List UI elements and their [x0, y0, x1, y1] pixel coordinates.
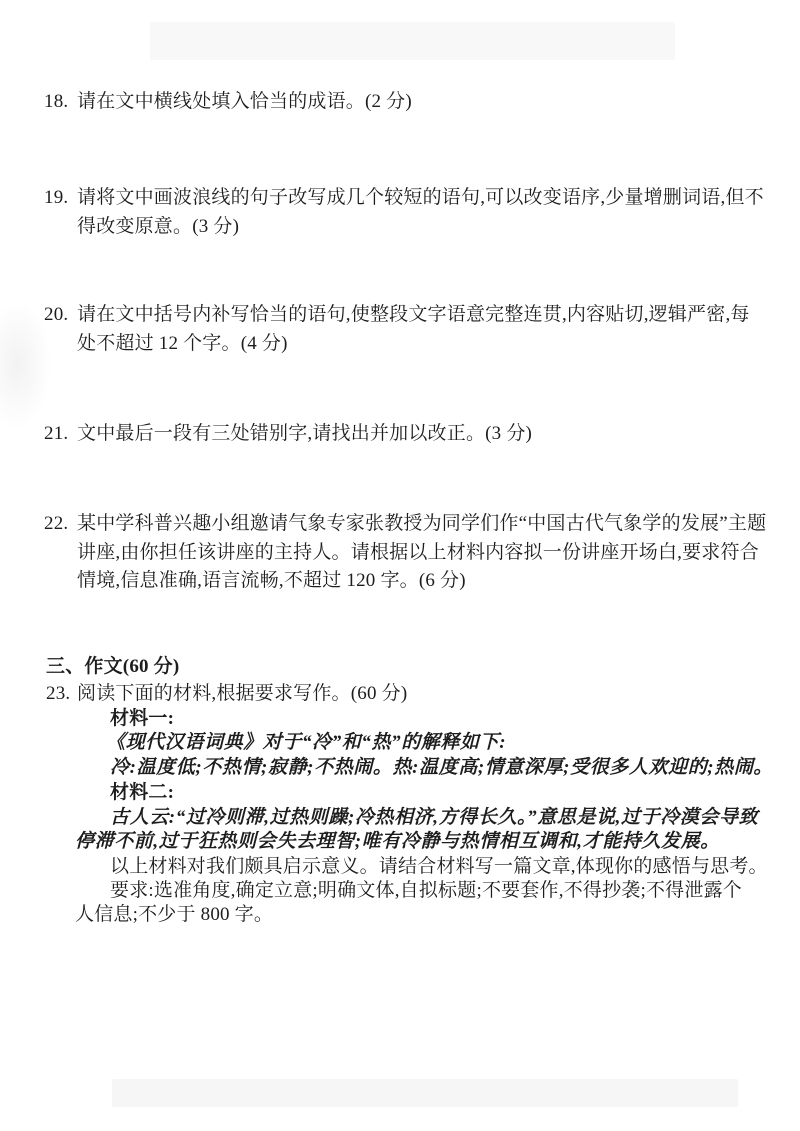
essay-section-heading: 三、作文(60 分) — [46, 655, 179, 679]
question-22: 22. 某中学科普兴趣小组邀请气象专家张教授为同学们作“中国古代气象学的发展”主… — [44, 512, 766, 536]
material-one-line-2: 冷:温度低;不热情;寂静;不热闹。热:温度高;情意深厚;受很多人欢迎的;热闹。 — [110, 756, 773, 780]
question-22-text-line-2: 讲座,由你担任该讲座的主持人。请根据以上材料内容拟一份讲座开场白,要求符合 — [77, 541, 759, 565]
question-22-text-line-3: 情境,信息准确,语言流畅,不超过 120 字。(6 分) — [77, 569, 466, 593]
question-23-prompt: 阅读下面的材料,根据要求写作。(60 分) — [77, 682, 407, 706]
scan-shadow-top — [150, 22, 675, 60]
exam-page: 18. 请在文中横线处填入恰当的成语。(2 分) 19. 请将文中画波浪线的句子… — [0, 0, 800, 1131]
material-one-label: 材料一: — [110, 707, 174, 731]
material-two-label: 材料二: — [110, 781, 174, 805]
question-18-text: 请在文中横线处填入恰当的成语。(2 分) — [77, 90, 412, 114]
question-20-text-line-1: 请在文中括号内补写恰当的语句,使整段文字语意完整连贯,内容贴切,逻辑严密,每 — [77, 303, 750, 327]
scan-shadow-bottom — [112, 1079, 738, 1107]
question-23-number: 23. — [46, 682, 77, 706]
question-22-text-line-1: 某中学科普兴趣小组邀请气象专家张教授为同学们作“中国古代气象学的发展”主题 — [77, 512, 766, 536]
question-23: 23. 阅读下面的材料,根据要求写作。(60 分) — [46, 682, 407, 706]
question-21: 21. 文中最后一段有三处错别字,请找出并加以改正。(3 分) — [44, 422, 532, 446]
question-19: 19. 请将文中画波浪线的句子改写成几个较短的语句,可以改变语序,少量增删词语,… — [44, 186, 764, 210]
question-21-number: 21. — [44, 422, 77, 446]
question-20-number: 20. — [44, 303, 77, 327]
question-21-text: 文中最后一段有三处错别字,请找出并加以改正。(3 分) — [77, 422, 532, 446]
question-19-text-line-2: 得改变原意。(3 分) — [77, 215, 239, 239]
question-20-text-line-2: 处不超过 12 个字。(4 分) — [77, 332, 288, 356]
essay-closing-line-3: 人信息;不少于 800 字。 — [75, 903, 273, 927]
material-one-line-1: 《现代汉语词典》对于“冷”和“热”的解释如下: — [106, 731, 506, 755]
question-19-number: 19. — [44, 186, 77, 210]
essay-closing-line-1: 以上材料对我们颇具启示意义。请结合材料写一篇文章,体现你的感悟与思考。 — [110, 855, 768, 879]
material-two-line-2: 停滞不前,过于狂热则会失去理智;唯有冷静与热情相互调和,才能持久发展。 — [75, 830, 720, 854]
essay-closing-line-2: 要求:选准角度,确定立意;明确文体,自拟标题;不要套作,不得抄袭;不得泄露个 — [110, 879, 742, 903]
question-18-number: 18. — [44, 90, 77, 114]
question-18: 18. 请在文中横线处填入恰当的成语。(2 分) — [44, 90, 412, 114]
question-22-number: 22. — [44, 512, 77, 536]
material-two-line-1: 古人云:“过冷则滞,过热则躁;冷热相济,方得长久。”意思是说,过于冷漠会导致 — [110, 806, 758, 830]
question-19-text-line-1: 请将文中画波浪线的句子改写成几个较短的语句,可以改变语序,少量增删词语,但不 — [77, 186, 764, 210]
question-20: 20. 请在文中括号内补写恰当的语句,使整段文字语意完整连贯,内容贴切,逻辑严密… — [44, 303, 750, 327]
